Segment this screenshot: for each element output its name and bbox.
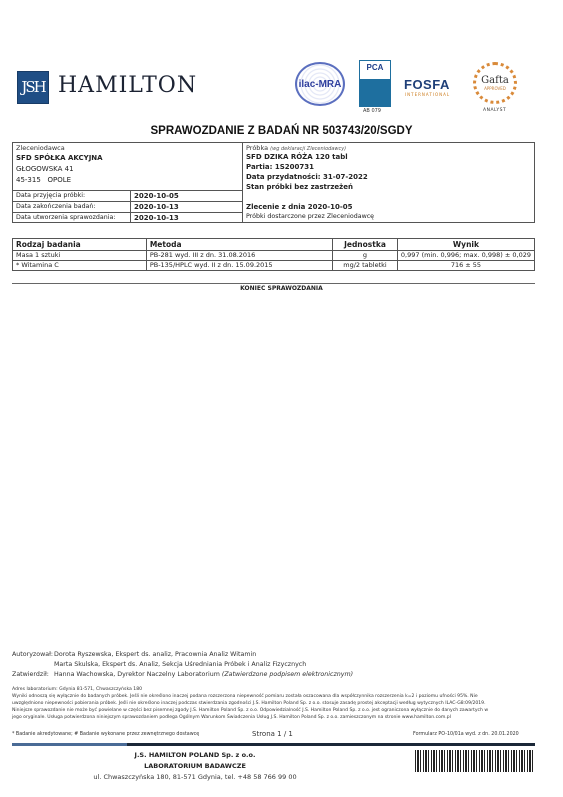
method: PB-281 wyd. III z dn. 31.08.2016 <box>146 251 332 261</box>
gafta-label: Gafta <box>481 75 509 86</box>
report-title: SPRAWOZDANIE Z BADAŃ NR 503743/20/SGDY <box>0 125 563 137</box>
authorized-person-2: Marta Skulska, Ekspert ds. Analiz, Sekcj… <box>54 660 306 670</box>
pca-accreditation-code: AB 079 <box>363 108 381 114</box>
result: 716 ± 55 <box>397 261 534 271</box>
table-row: * Witamina C PB-135/HPLC wyd. II z dn. 1… <box>13 261 535 271</box>
method: PB-135/HPLC wyd. II z dn. 15.09.2015 <box>146 261 332 271</box>
pca-logo: PCA <box>359 60 391 107</box>
hamilton-logo-mark: JSH <box>17 71 49 104</box>
date-completed-value: 2020-10-13 <box>134 202 179 212</box>
result: 0,997 (min. 0,996; max. 0,998) ± 0,029 <box>397 251 534 261</box>
ilac-label: ilac-MRA <box>299 79 342 90</box>
approved-note: (Zatwierdzone podpisem elektronicznym) <box>222 671 353 678</box>
client-street: GŁOGOWSKA 41 <box>16 164 74 174</box>
hamilton-logo-text: HAMILTON <box>58 73 197 98</box>
pca-flask-icon <box>360 79 390 106</box>
footer-address: ul. Chwaszczyńska 180, 81-571 Gdynia, te… <box>0 773 390 781</box>
client-sample-info-box: Zleceniodawca SFD SPÓŁKA AKCYJNA GŁOGOWS… <box>12 142 535 223</box>
gafta-logo: Gafta APPROVED <box>473 62 517 104</box>
order-date: Zlecenie z dnia 2020-10-05 <box>246 202 353 212</box>
client-city: 45-315 OPOLE <box>16 175 71 185</box>
gafta-analyst: ANALYST <box>483 108 506 113</box>
authorized-label: Autoryzował: <box>12 650 53 660</box>
date-created-value: 2020-10-13 <box>134 213 179 223</box>
footer-unit: LABORATORIUM BADAWCZE <box>0 762 390 770</box>
sample-label-text: Próbka <box>246 144 268 152</box>
footer-divider <box>12 743 535 746</box>
sample-batch: Partia: 1S200731 <box>246 162 314 172</box>
date-created-label: Data utworzenia sprawozdania: <box>16 213 115 223</box>
footer-legend: * Badanie akredytowane; # Badanie wykona… <box>12 731 199 739</box>
header-unit: Jednostka <box>333 239 398 251</box>
form-code: Formularz PO-10/01a wyd. z dn. 20.01.202… <box>413 731 519 739</box>
page-number: Strona 1 / 1 <box>252 730 293 738</box>
approved-name: Hanna Wachowska, Dyrektor Naczelny Labor… <box>54 671 220 678</box>
table-row: Masa 1 sztuki PB-281 wyd. III z dn. 31.0… <box>13 251 535 261</box>
sample-delivery: Próbki dostarczone przez Zleceniodawcę <box>246 212 374 222</box>
barcode <box>415 750 535 772</box>
sample-name: SFD DZIKA RÓŻA 120 tabl <box>246 152 348 162</box>
approved-person: Hanna Wachowska, Dyrektor Naczelny Labor… <box>54 670 353 680</box>
client-name: SFD SPÓŁKA AKCYJNA <box>16 153 103 163</box>
test-type: Masa 1 sztuki <box>13 251 147 261</box>
header-test-type: Rodzaj badania <box>13 239 147 251</box>
date-completed-label: Data zakończenia badań: <box>16 202 96 212</box>
unit: g <box>333 251 398 261</box>
date-received-label: Data przyjęcia próbki: <box>16 191 85 201</box>
divider <box>12 283 535 284</box>
authorized-person-1: Dorota Ryszewska, Ekspert ds. analiz, Pr… <box>54 650 256 660</box>
fosfa-logo: FOSFA <box>404 77 450 92</box>
pca-label: PCA <box>360 61 390 79</box>
sample-condition: Stan próbki bez zastrzeżeń <box>246 182 353 192</box>
footer-company: J.S. HAMILTON POLAND Sp. z o.o. <box>0 751 390 759</box>
legal-line-4: jego oryginale. Usługa potwierdzona nini… <box>12 714 451 722</box>
ilac-mra-logo: ilac-MRA <box>295 62 345 106</box>
end-of-report: KONIEC SPRAWOZDANIA <box>0 285 563 292</box>
sample-expiry: Data przydatności: 31-07-2022 <box>246 172 368 182</box>
gafta-approved: APPROVED <box>484 86 506 91</box>
results-header-row: Rodzaj badania Metoda Jednostka Wynik <box>13 239 535 251</box>
approved-label: Zatwierdził: <box>12 670 49 680</box>
client-label: Zleceniodawca <box>16 143 65 153</box>
results-table: Rodzaj badania Metoda Jednostka Wynik Ma… <box>12 238 535 271</box>
header-result: Wynik <box>397 239 534 251</box>
unit: mg/2 tabletki <box>333 261 398 271</box>
test-type: * Witamina C <box>13 261 147 271</box>
date-received-value: 2020-10-05 <box>134 191 179 201</box>
header-method: Metoda <box>146 239 332 251</box>
fosfa-sub: INTERNATIONAL <box>405 92 450 97</box>
